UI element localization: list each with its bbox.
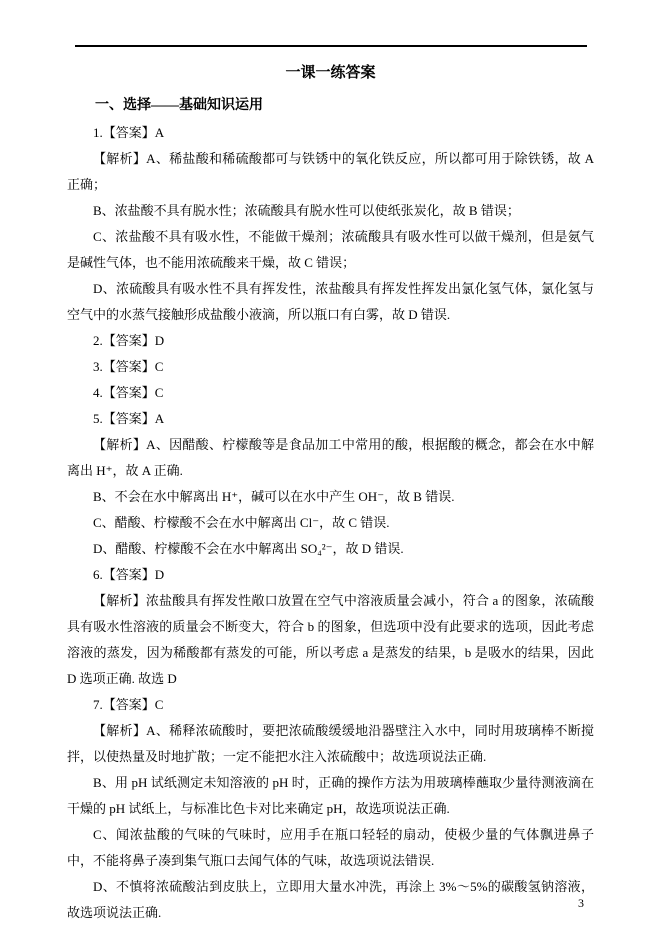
header-rule: [75, 45, 587, 47]
analysis-7-c: C、闻浓盐酸的气味的气味时，应用手在瓶口轻轻的扇动，使极少量的气体飘进鼻子中，不…: [67, 822, 594, 874]
analysis-1-a: 【解析】A、稀盐酸和稀硫酸都可与铁锈中的氧化铁反应，所以都可用于除铁锈，故 A …: [67, 146, 594, 198]
analysis-5-b: B、不会在水中解离出 H⁺，碱可以在水中产生 OH⁻，故 B 错误.: [67, 484, 594, 510]
page-number: 3: [578, 896, 584, 910]
answer-1: 1.【答案】A: [67, 120, 594, 146]
answer-5: 5.【答案】A: [67, 406, 594, 432]
analysis-1-c: C、浓盐酸不具有吸水性，不能做干燥剂；浓硫酸具有吸水性可以做干燥剂，但是氨气是碱…: [67, 224, 594, 276]
document-content: 一课一练答案 一、选择——基础知识运用 1.【答案】A 【解析】A、稀盐酸和稀硫…: [67, 60, 594, 926]
analysis-5-d: D、醋酸、柠檬酸不会在水中解离出 SO₄²⁻，故 D 错误.: [67, 536, 594, 562]
answer-4: 4.【答案】C: [67, 380, 594, 406]
answer-7: 7.【答案】C: [67, 692, 594, 718]
analysis-5-c: C、醋酸、柠檬酸不会在水中解离出 Cl⁻，故 C 错误.: [67, 510, 594, 536]
answer-3: 3.【答案】C: [67, 354, 594, 380]
analysis-6: 【解析】浓盐酸具有挥发性敞口放置在空气中溶液质量会减小，符合 a 的图象，浓硫酸…: [67, 588, 594, 692]
analysis-7-a: 【解析】A、稀释浓硫酸时，要把浓硫酸缓缓地沿器壁注入水中，同时用玻璃棒不断搅拌，…: [67, 718, 594, 770]
analysis-5-a: 【解析】A、因醋酸、柠檬酸等是食品加工中常用的酸，根据酸的概念，都会在水中解离出…: [67, 432, 594, 484]
page-title: 一课一练答案: [67, 60, 594, 86]
answer-2: 2.【答案】D: [67, 328, 594, 354]
analysis-7-b: B、用 pH 试纸测定未知溶液的 pH 时，正确的操作方法为用玻璃棒蘸取少量待测…: [67, 770, 594, 822]
analysis-1-d: D、浓硫酸具有吸水性不具有挥发性，浓盐酸具有挥发性挥发出氯化氢气体，氯化氢与空气…: [67, 276, 594, 328]
document-page: 一课一练答案 一、选择——基础知识运用 1.【答案】A 【解析】A、稀盐酸和稀硫…: [0, 0, 661, 936]
analysis-1-b: B、浓盐酸不具有脱水性；浓硫酸具有脱水性可以使纸张炭化，故 B 错误；: [67, 198, 594, 224]
analysis-7-d: D、不慎将浓硫酸沾到皮肤上，立即用大量水冲洗，再涂上 3%～5%的碳酸氢钠溶液，…: [67, 874, 594, 926]
section-heading: 一、选择——基础知识运用: [67, 92, 594, 120]
answer-6: 6.【答案】D: [67, 562, 594, 588]
